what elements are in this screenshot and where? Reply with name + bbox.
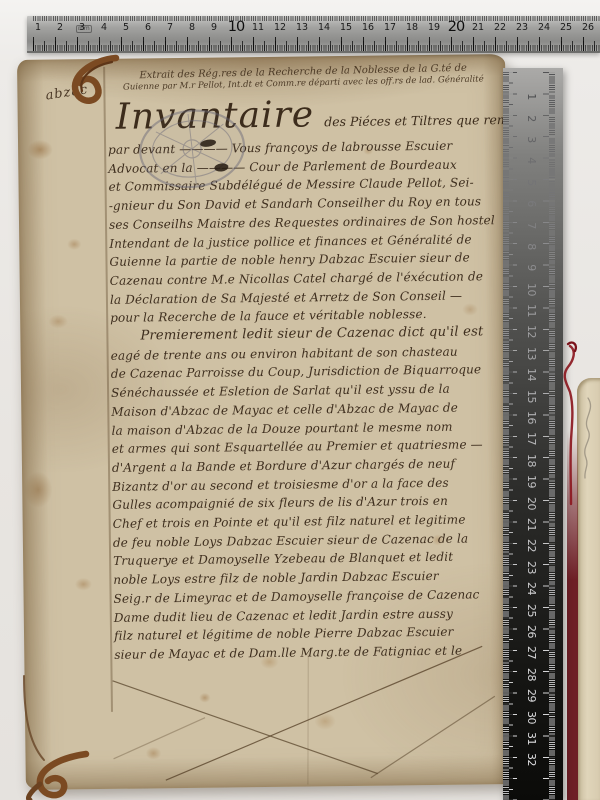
ruler-number: 4 — [519, 150, 543, 171]
title-continuation: des Piéces et Tiltres que remet — [324, 112, 521, 129]
ruler-number: 8 — [181, 22, 203, 34]
ruler-number: 18 — [401, 22, 423, 34]
ruler-number: 24 — [533, 22, 555, 34]
ruler-number: 30 — [519, 706, 543, 727]
ruler-number: 18 — [519, 450, 543, 471]
ruler-tick-marks — [33, 16, 600, 21]
ruler-number: 13 — [519, 343, 543, 364]
ruler-number: 7 — [159, 22, 181, 34]
ruler-number: 7 — [519, 214, 543, 235]
ruler-number: 10 — [519, 279, 543, 300]
ruler-scale-numbers: 1234567891011121314151617181920212223242… — [27, 22, 600, 34]
ruler-number: 3 — [519, 129, 543, 150]
ruler-number: 12 — [519, 321, 543, 342]
ruler-number: 23 — [511, 22, 533, 34]
ruler-number: 19 — [423, 22, 445, 34]
ruler-number: 25 — [519, 599, 543, 620]
ruler-number: 16 — [519, 407, 543, 428]
ruler-number: 5 — [115, 22, 137, 34]
ruler-number: 19 — [519, 471, 543, 492]
ruler-number: 8 — [519, 236, 543, 257]
photo-scene: 1234567891011121314151617181920212223242… — [0, 0, 600, 800]
ruler-number: 11 — [247, 22, 269, 34]
ruler-number: 22 — [489, 22, 511, 34]
faded-oval-stamp — [136, 105, 249, 192]
ruler-number: 14 — [519, 364, 543, 385]
ruler-number: 32 — [519, 749, 543, 770]
ruler-number: 31 — [519, 728, 543, 749]
ruler-number: 13 — [291, 22, 313, 34]
ruler-number: 26 — [577, 22, 599, 34]
ruler-number: 22 — [519, 535, 543, 556]
ruler-number: 29 — [519, 685, 543, 706]
ruler-number: 20 — [519, 492, 543, 513]
ruler-number: 17 — [519, 428, 543, 449]
ruler-number: 2 — [49, 22, 71, 34]
ruler-number: 9 — [203, 22, 225, 34]
ruler-scale-numbers: 1234567891011121314151617181920212223242… — [519, 86, 543, 771]
ruler-number: 28 — [519, 664, 543, 685]
horizontal-ruler: 1234567891011121314151617181920212223242… — [27, 16, 600, 53]
ruler-tick-marks — [33, 37, 600, 51]
ruler-tick-marks — [503, 72, 517, 800]
ruler-number: 1 — [27, 22, 49, 34]
ruler-number: 2 — [519, 107, 543, 128]
ruler-number: 14 — [313, 22, 335, 34]
ruler-number: 1 — [519, 86, 543, 107]
adjacent-book-red-edge — [567, 430, 578, 800]
ruler-number: 12 — [269, 22, 291, 34]
ruler-number: 21 — [467, 22, 489, 34]
ruler-number: 20 — [445, 22, 467, 34]
ruler-number: 23 — [519, 557, 543, 578]
ruler-number: 10 — [225, 22, 247, 34]
ruler-number: 9 — [519, 257, 543, 278]
ruler-number: 4 — [93, 22, 115, 34]
manuscript-page: abzac Extrait des Rég.res de la Recherch… — [17, 54, 514, 790]
manuscript-text-block: par devant ———— Vous françoys de labrous… — [108, 136, 508, 664]
manuscript-line: sieur de Mayac et de Dam.lle Marg.te de … — [114, 641, 508, 665]
ruler-number: 21 — [519, 514, 543, 535]
ruler-number: 6 — [519, 193, 543, 214]
ruler-number: 26 — [519, 621, 543, 642]
adjacent-book-page — [577, 378, 600, 800]
ruler-tick-marks — [543, 72, 555, 800]
ruler-number: 6 — [137, 22, 159, 34]
ruler-number: 5 — [519, 172, 543, 193]
ruler-number: 27 — [519, 642, 543, 663]
document-header: Extrait des Rég.res de la Recherche de l… — [112, 62, 494, 93]
ruler-number: 15 — [335, 22, 357, 34]
ruler-number: 11 — [519, 300, 543, 321]
vertical-ruler: 1234567891011121314151617181920212223242… — [503, 68, 563, 800]
margin-note: abzac — [45, 82, 90, 103]
ruler-number: 25 — [555, 22, 577, 34]
ruler-mm-marking: mm — [76, 25, 92, 33]
ruler-number: 15 — [519, 385, 543, 406]
ruler-number: 16 — [357, 22, 379, 34]
ruler-number: 17 — [379, 22, 401, 34]
ruler-number: 24 — [519, 578, 543, 599]
